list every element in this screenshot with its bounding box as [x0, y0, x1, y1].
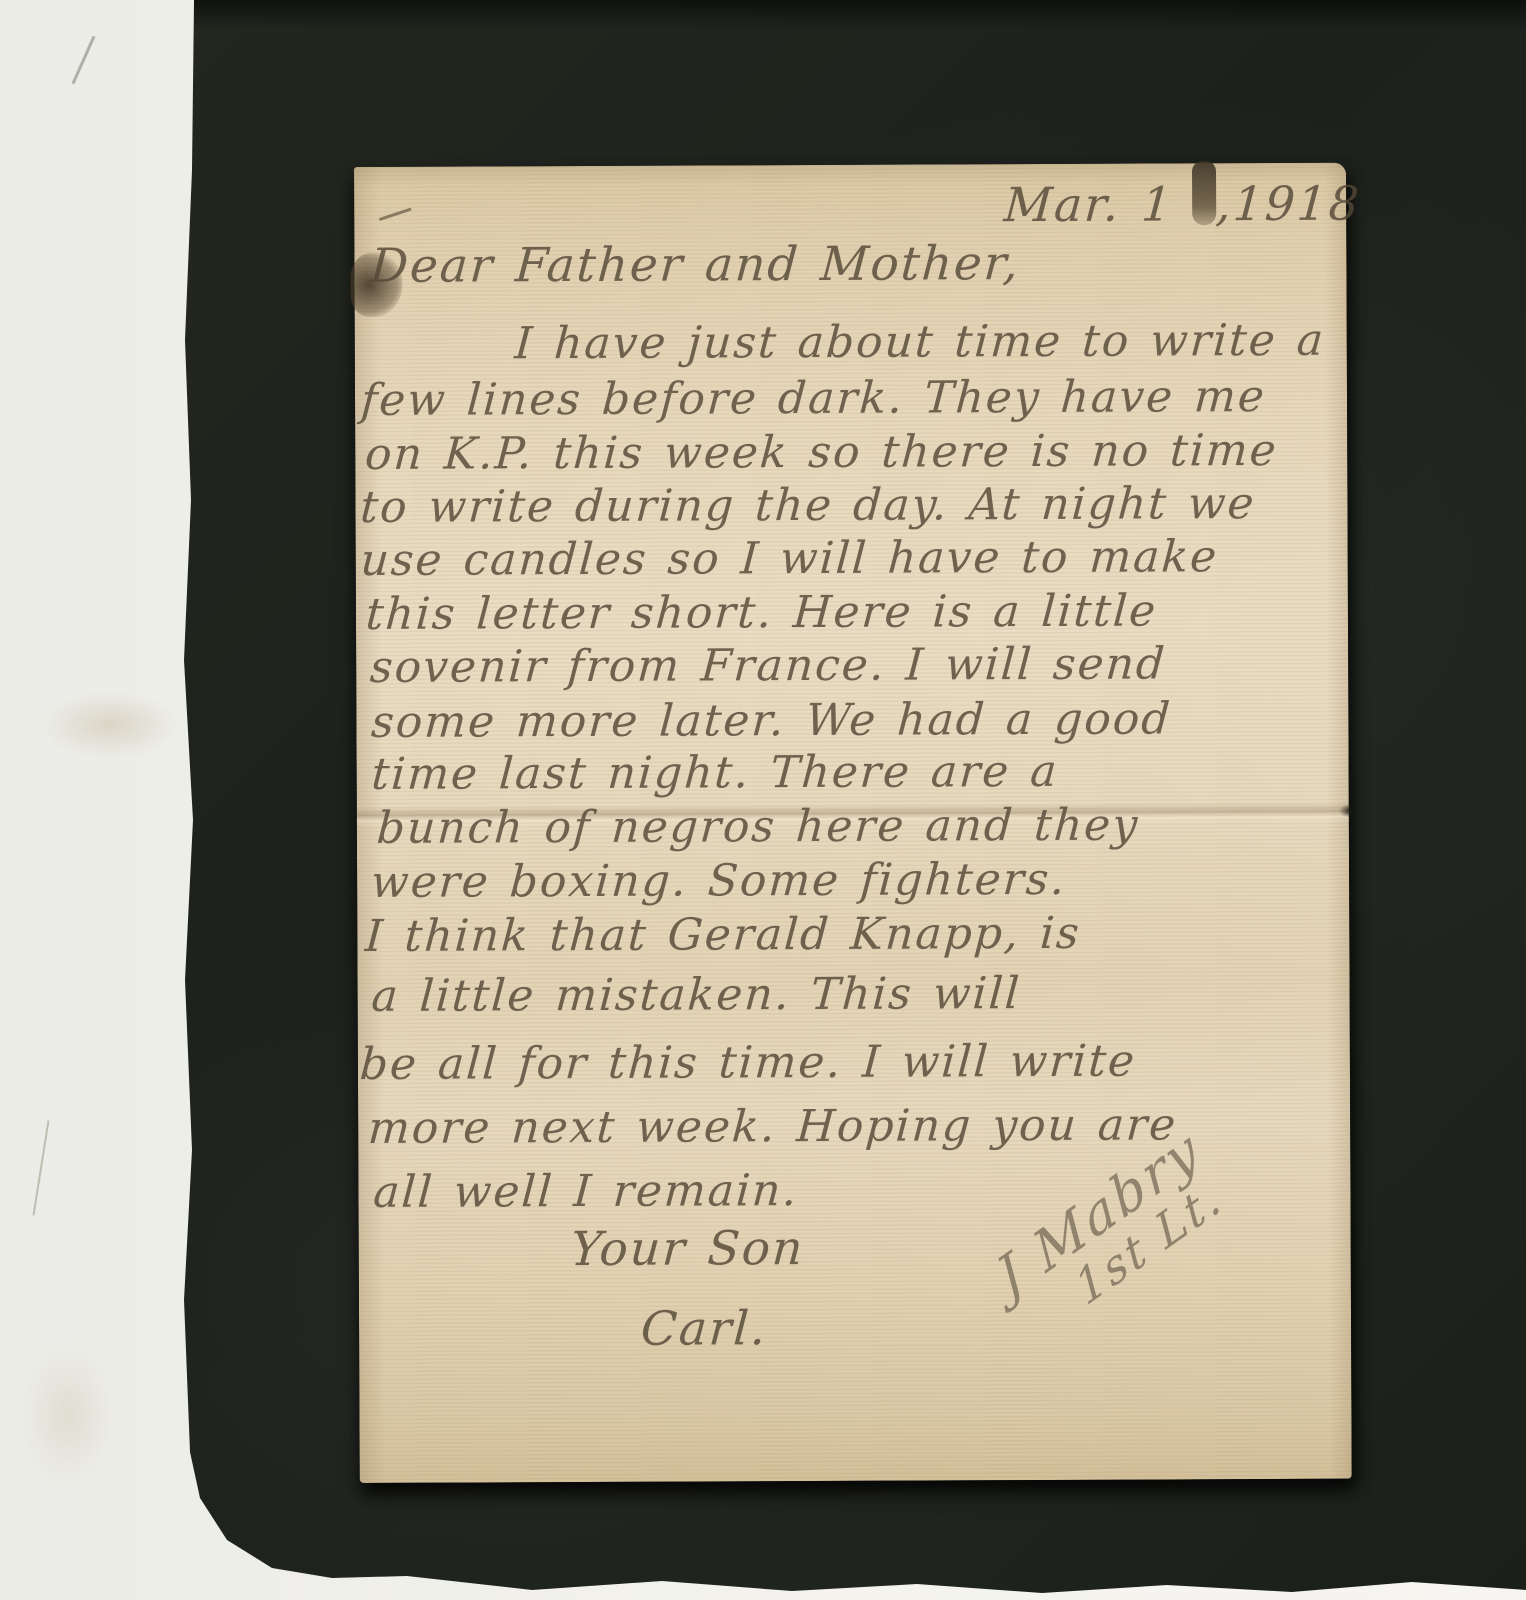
ink-blot-over-date	[1192, 161, 1216, 225]
letter-date: Mar. 1	[1002, 177, 1175, 233]
letter-closing: Your Son	[569, 1221, 806, 1277]
letter-body-line: I think that Gerald Knapp, is	[364, 908, 1083, 962]
letter-body-line: sovenir from France. I will send	[369, 638, 1168, 692]
backdrop-smudge	[18, 1340, 118, 1490]
letter-signature: Carl.	[639, 1301, 769, 1357]
letter-body-line: use candles so I will have to make	[359, 531, 1220, 586]
letter-body-line: some more later. We had a good	[370, 693, 1174, 748]
letter-body-line: few lines before dark. They have me	[359, 371, 1267, 426]
album-page-top-shade	[182, 0, 1526, 30]
letter-date-year: ,1918	[1214, 177, 1362, 233]
letter-body-line: a little mistaken. This will	[370, 968, 1023, 1022]
letter-body-line: more next week. Hoping you are	[367, 1099, 1179, 1154]
censor-signature: J Mabry 1st Lt.	[983, 1119, 1242, 1347]
letter-body-line: time last night. There are a	[370, 746, 1060, 800]
backdrop-pencil-line	[33, 1120, 50, 1215]
backdrop-smudge	[40, 690, 180, 760]
letter-body-line: this letter short. Here is a little	[364, 585, 1159, 639]
letter-body-line: all well I remain.	[372, 1165, 800, 1218]
ink-tick-top-corner	[379, 208, 412, 221]
backdrop-scratch-mark	[72, 36, 96, 85]
letter-salutation: Dear Father and Mother,	[369, 236, 1022, 294]
letter-body-line: on K.P. this week so there is no time	[364, 425, 1280, 480]
fold-edge-notch	[1339, 804, 1351, 818]
photo-of-letter-on-album-page: Mar. 1 ,1918 Dear Father and Mother, I h…	[0, 0, 1526, 1600]
letter-body-line: be all for this time. I will write	[358, 1036, 1138, 1090]
letter-body-line: were boxing. Some fighters.	[369, 854, 1068, 908]
letter-body-line: bunch of negros here and they	[375, 800, 1141, 854]
letter-body-line: to write during the day. At night we	[359, 478, 1257, 533]
letter-body-line: I have just about time to write a	[513, 315, 1327, 370]
handwritten-letter-page: Mar. 1 ,1918 Dear Father and Mother, I h…	[354, 163, 1352, 1483]
